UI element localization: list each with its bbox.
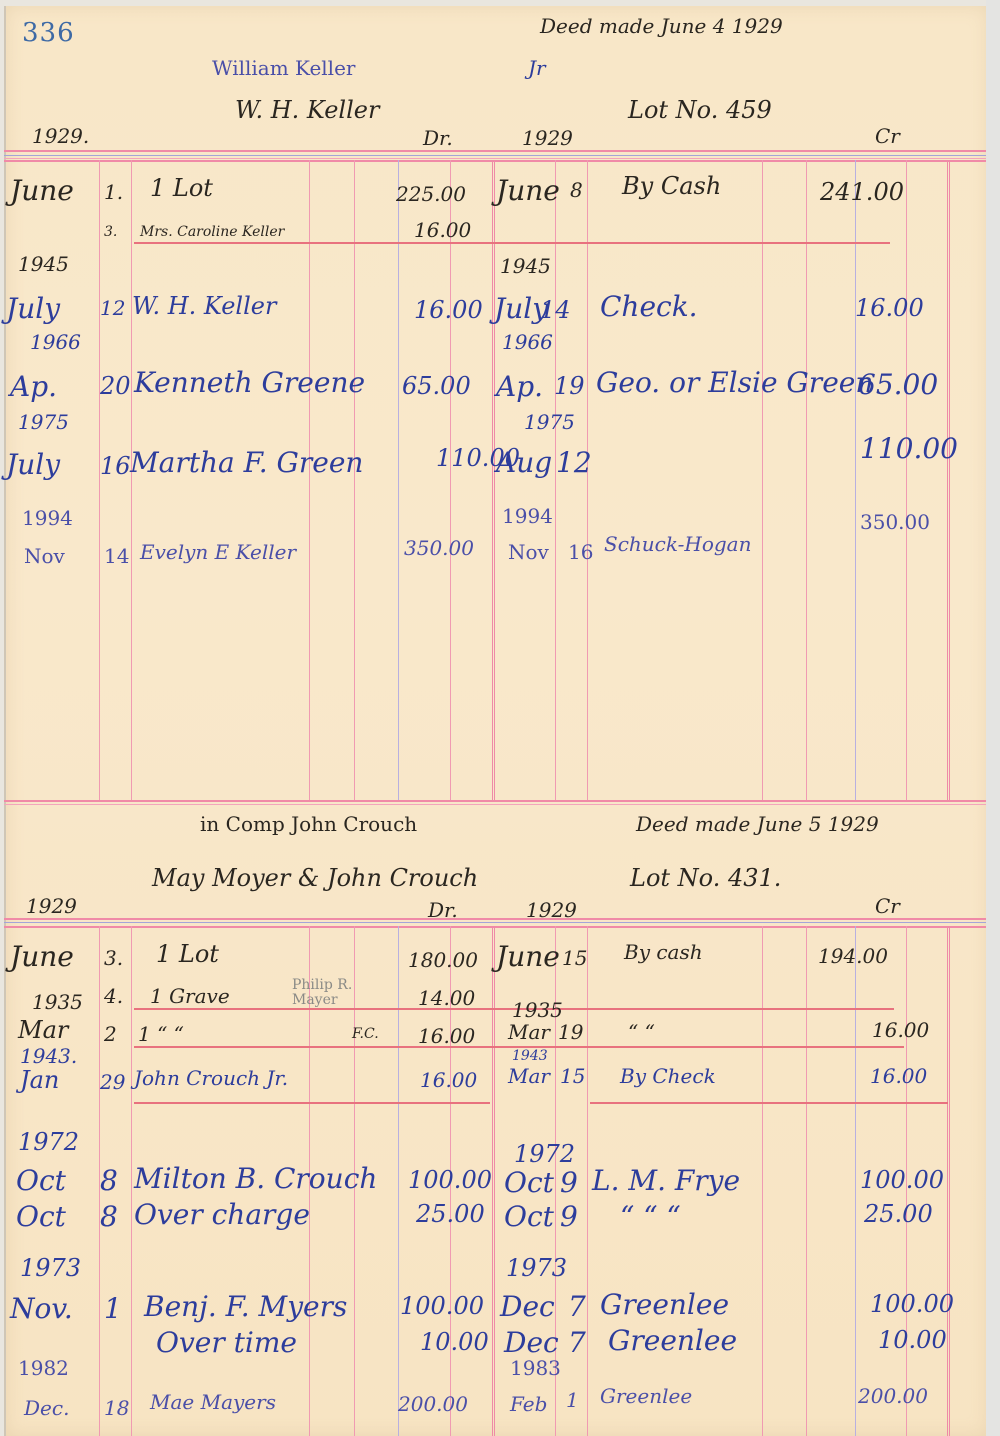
debit-month: June: [10, 174, 74, 207]
lot-1: Lot No. 459: [628, 96, 772, 124]
credit-month: Nov: [508, 540, 549, 564]
debit-amount: 14.00: [418, 986, 475, 1010]
header-rule: [4, 160, 986, 162]
debit-amount: 16.00: [414, 218, 471, 242]
header-cr-1: Cr: [875, 124, 900, 148]
debit-month: June: [10, 940, 74, 973]
credit-desc: Greenlee: [600, 1288, 729, 1321]
column-rule: [855, 160, 856, 800]
debit-amount: 225.00: [396, 182, 466, 206]
header-rule: [4, 926, 986, 928]
debit-desc: Mrs. Caroline Keller: [140, 224, 284, 240]
debit-day: 3.: [104, 224, 117, 240]
column-rule: [309, 160, 310, 800]
credit-amount: 350.00: [860, 510, 930, 534]
column-rule: [806, 160, 807, 800]
debit-desc: Over charge: [134, 1198, 310, 1231]
debit-month: Nov.: [10, 1292, 73, 1325]
debit-desc: Evelyn E Keller: [140, 540, 296, 564]
debit-day: 20: [100, 372, 131, 400]
section-divider: [4, 804, 986, 805]
header-left-year-1: 1929.: [32, 124, 89, 148]
debit-desc: W. H. Keller: [132, 292, 276, 320]
credit-year: 1945: [500, 254, 551, 278]
credit-month: June: [496, 940, 560, 973]
credit-month: Feb: [510, 1392, 547, 1416]
column-rule: [587, 926, 588, 1436]
debit-month: Nov: [24, 544, 65, 568]
credit-year: 1943: [512, 1048, 548, 1064]
debit-desc: Over time: [156, 1326, 297, 1359]
credit-day: 12: [556, 446, 592, 479]
pencil-note: Philip R. Mayer: [292, 978, 382, 1008]
column-rule: [762, 160, 763, 800]
debit-month: Oct: [16, 1164, 66, 1197]
header-rule: [4, 922, 986, 923]
annotation-jr-1: Jr: [528, 56, 546, 80]
credit-month: Oct: [504, 1200, 554, 1233]
column-rule: [354, 160, 355, 800]
column-rule: [762, 926, 763, 1436]
debit-year: 1945: [18, 252, 69, 276]
credit-day: 7: [568, 1290, 586, 1323]
credit-desc: Greenlee: [600, 1384, 692, 1408]
right-double-rule: [947, 926, 950, 1436]
column-rule: [131, 160, 132, 800]
credit-desc: Schuck-Hogan: [604, 532, 751, 556]
debit-amount: 200.00: [398, 1392, 468, 1416]
debit-day: 29: [100, 1070, 125, 1094]
debit-month: Mar: [18, 1016, 68, 1044]
credit-desc: By Check: [620, 1064, 716, 1088]
credit-amount: 16.00: [855, 294, 924, 322]
credit-day: 15: [560, 1064, 585, 1088]
debit-desc: Benj. F. Myers: [144, 1290, 347, 1323]
credit-amount: 100.00: [870, 1290, 954, 1318]
credit-month: Dec: [500, 1290, 555, 1323]
credit-year: 1966: [502, 330, 553, 354]
debit-month: Ap.: [10, 370, 57, 403]
credit-amount: 241.00: [820, 178, 904, 206]
owner-1: W. H. Keller: [235, 96, 379, 124]
credit-month: June: [496, 174, 560, 207]
debit-day: 18: [104, 1396, 129, 1420]
debit-note: F.C.: [352, 1026, 379, 1042]
credit-amount: 65.00: [858, 368, 938, 401]
credit-desc: “ “: [628, 1020, 655, 1044]
debit-year: 1975: [18, 410, 69, 434]
credit-day: 9: [560, 1200, 578, 1233]
credit-month: Mar: [508, 1020, 550, 1044]
center-double-rule: [492, 160, 495, 800]
column-rule: [906, 160, 907, 800]
header-dr-1: Dr.: [423, 126, 453, 150]
debit-year: 1973: [20, 1254, 81, 1282]
debit-amount: 16.00: [420, 1068, 477, 1092]
debit-desc: Martha F. Green: [130, 446, 363, 479]
column-rule: [131, 926, 132, 1436]
debit-desc: 1 Grave: [150, 984, 230, 1008]
credit-desc: Greenlee: [608, 1324, 737, 1357]
deed-note-2: Deed made June 5 1929: [636, 812, 879, 836]
debit-amount: 180.00: [408, 948, 478, 972]
debit-amount: 25.00: [416, 1200, 485, 1228]
header-rule: [4, 155, 986, 156]
debit-desc: Mae Mayers: [150, 1390, 276, 1414]
credit-year: 1994: [502, 504, 553, 528]
page-number: 336: [22, 18, 75, 48]
debit-day: 4.: [104, 984, 123, 1008]
credit-month: Ap.: [496, 370, 543, 403]
column-rule: [855, 926, 856, 1436]
debit-amount: 16.00: [414, 296, 483, 324]
credit-amount: 25.00: [864, 1200, 933, 1228]
scan-edge: [986, 0, 1000, 1436]
column-rule: [398, 926, 399, 1436]
debit-year: 1972: [18, 1128, 79, 1156]
debit-day: 8: [100, 1200, 118, 1233]
total-underline: [134, 1102, 490, 1104]
credit-month: Mar: [508, 1064, 550, 1088]
debit-day: 3.: [104, 946, 123, 970]
debit-month: July: [6, 448, 60, 481]
debit-day: 14: [104, 544, 129, 568]
debit-amount: 65.00: [402, 372, 471, 400]
header-rule: [4, 158, 986, 159]
credit-desc: L. M. Frye: [592, 1164, 740, 1197]
credit-desc: Check.: [600, 290, 698, 323]
header-rule: [4, 150, 986, 152]
debit-desc: Milton B. Crouch: [134, 1162, 377, 1195]
total-underline: [134, 242, 890, 244]
debit-desc: John Crouch Jr.: [134, 1066, 288, 1090]
credit-year: 1973: [506, 1254, 567, 1282]
debit-year: 1982: [18, 1356, 69, 1380]
owner-2: May Moyer & John Crouch: [152, 864, 478, 892]
credit-year: 1975: [524, 410, 575, 434]
credit-day: 14: [540, 296, 571, 324]
column-rule: [806, 926, 807, 1436]
credit-amount: 10.00: [878, 1326, 947, 1354]
annotation-comp-2: in Comp John Crouch: [200, 812, 417, 836]
debit-desc: 1 “ “: [138, 1022, 184, 1046]
debit-month: July: [6, 292, 60, 325]
debit-day: 12: [100, 296, 125, 320]
debit-day: 2: [104, 1022, 117, 1046]
debit-amount: 100.00: [400, 1292, 484, 1320]
credit-month: Dec: [504, 1326, 559, 1359]
column-rule: [555, 160, 556, 800]
column-rule: [398, 160, 399, 800]
debit-month: Oct: [16, 1200, 66, 1233]
credit-desc: By Cash: [622, 172, 721, 200]
debit-amount: 10.00: [420, 1328, 489, 1356]
credit-day: 9: [560, 1166, 578, 1199]
column-rule: [450, 160, 451, 800]
debit-desc: 1 Lot: [156, 940, 219, 968]
credit-amount: 200.00: [858, 1384, 928, 1408]
credit-day: 16: [568, 540, 593, 564]
debit-desc: 1 Lot: [150, 174, 213, 202]
credit-day: 7: [568, 1326, 586, 1359]
total-underline: [590, 1102, 948, 1104]
debit-day: 1: [104, 1292, 122, 1325]
credit-day: 19: [558, 1020, 583, 1044]
right-double-rule: [947, 160, 950, 800]
center-double-rule: [492, 926, 495, 1436]
debit-desc: Kenneth Greene: [134, 366, 365, 399]
debit-month: Dec.: [24, 1396, 69, 1420]
credit-desc: By cash: [624, 940, 703, 964]
lot-2: Lot No. 431.: [630, 864, 781, 892]
credit-day: 19: [554, 372, 585, 400]
header-left-year-2: 1929: [26, 894, 77, 918]
credit-amount: 100.00: [860, 1166, 944, 1194]
debit-day: 16: [100, 452, 131, 480]
credit-year: 1935: [512, 998, 563, 1022]
credit-month: Oct: [504, 1166, 554, 1199]
column-rule: [587, 160, 588, 800]
credit-day: 15: [562, 946, 587, 970]
debit-day: 8: [100, 1164, 118, 1197]
credit-amount: 16.00: [872, 1018, 929, 1042]
header-right-year-1: 1929: [522, 126, 573, 150]
debit-year: 1935: [32, 990, 83, 1014]
annotation-name-1: William Keller: [212, 56, 355, 80]
debit-amount: 16.00: [418, 1024, 475, 1048]
section-divider: [4, 800, 986, 802]
credit-day: 1: [566, 1388, 579, 1412]
credit-amount: 16.00: [870, 1064, 927, 1088]
credit-day: 8: [570, 178, 583, 202]
credit-amount: 194.00: [818, 944, 888, 968]
credit-desc: Geo. or Elsie Green: [596, 366, 873, 399]
credit-year: 1972: [514, 1140, 575, 1168]
debit-amount: 100.00: [408, 1166, 492, 1194]
credit-amount: 110.00: [860, 432, 958, 465]
column-rule: [99, 160, 100, 800]
debit-year: 1994: [22, 506, 73, 530]
header-cr-2: Cr: [875, 894, 900, 918]
debit-day: 1.: [104, 180, 123, 204]
debit-month: Jan: [20, 1066, 59, 1094]
credit-year: 1983: [510, 1356, 561, 1380]
deed-note-1: Deed made June 4 1929: [540, 14, 783, 38]
debit-amount: 350.00: [404, 536, 474, 560]
header-rule: [4, 918, 986, 920]
credit-month: Aug: [496, 446, 552, 479]
credit-desc: “ “ “: [620, 1200, 681, 1233]
debit-year: 1966: [30, 330, 81, 354]
debit-year: 1943.: [20, 1044, 77, 1068]
